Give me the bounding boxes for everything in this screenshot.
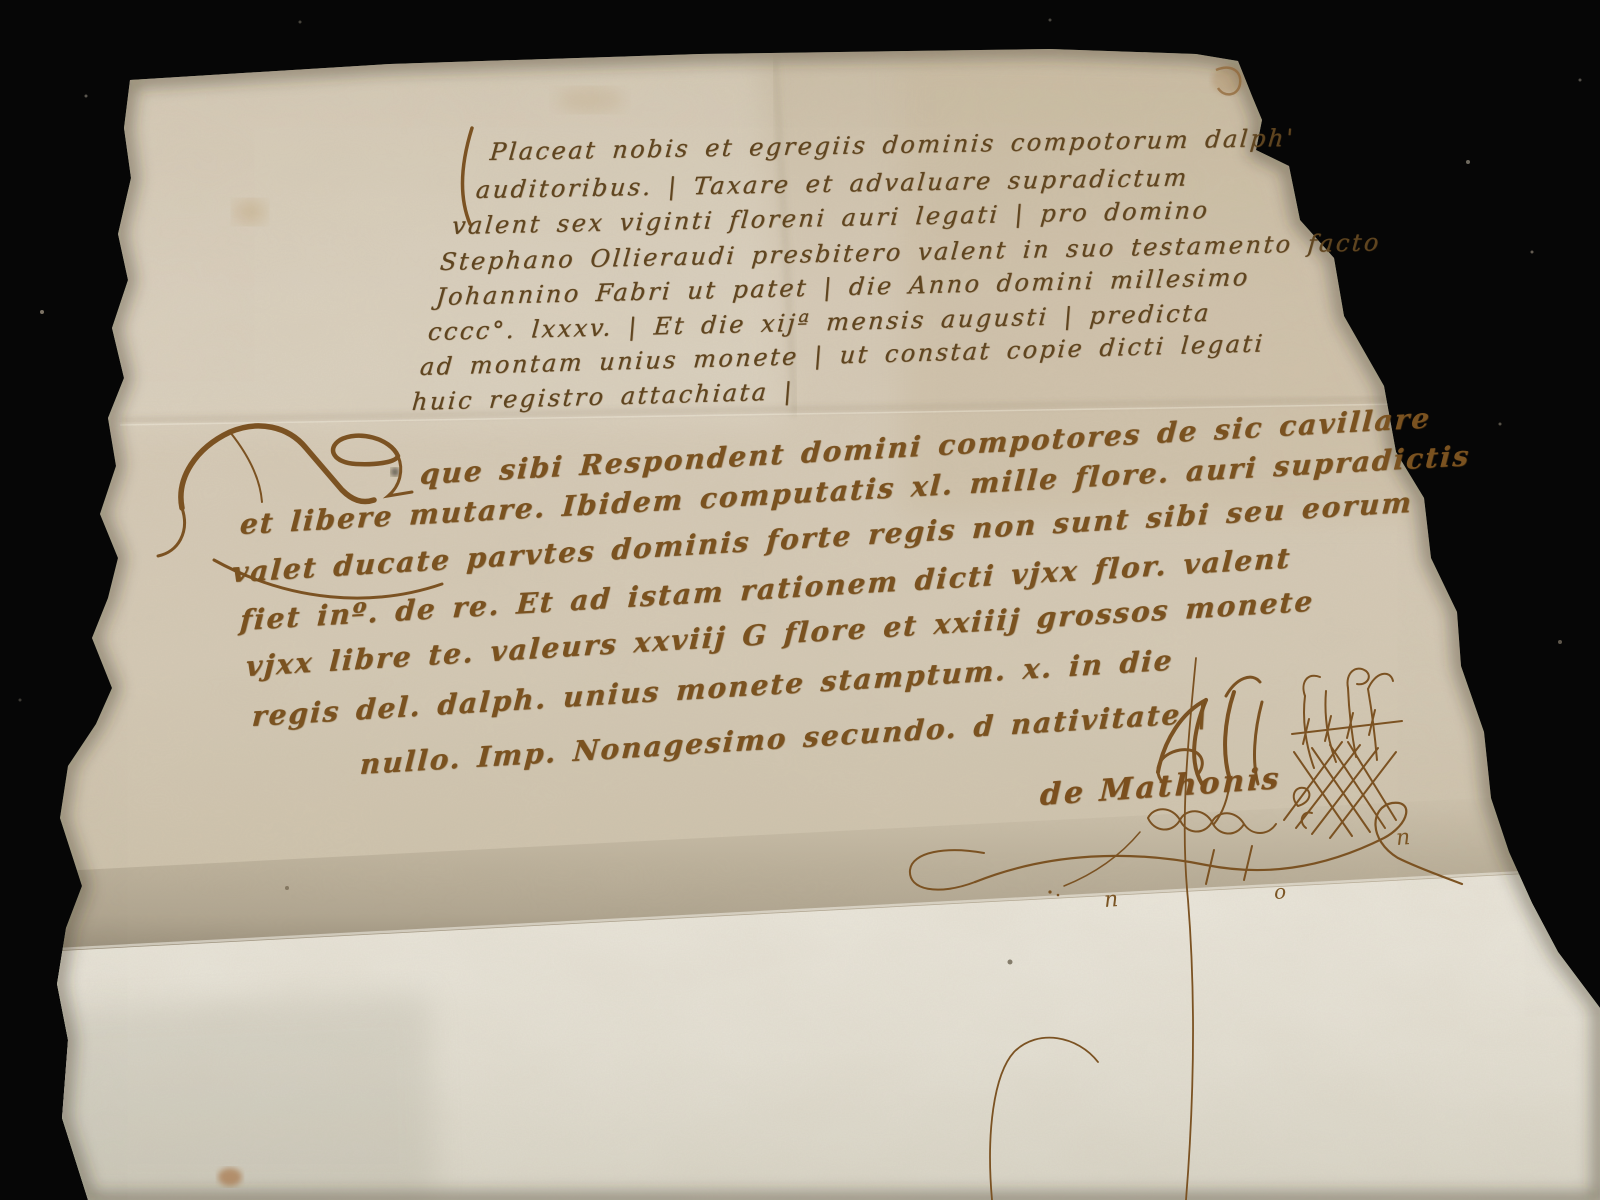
photograph-of-manuscript: Placeat nobis et egregiis dominis compot…	[0, 0, 1600, 1200]
manuscript-line: Placeat nobis et egregiis dominis compot…	[489, 124, 1296, 166]
manuscript-line: huic registro attachiata |	[411, 377, 795, 416]
flourish-letter: n	[1103, 887, 1119, 913]
notary-signature: de Mathonis	[1039, 761, 1282, 813]
flourish-letter: o	[1273, 879, 1287, 904]
handwriting-layer: Placeat nobis et egregiis dominis compot…	[0, 0, 1600, 1200]
flourish-letter: n	[1395, 825, 1411, 851]
